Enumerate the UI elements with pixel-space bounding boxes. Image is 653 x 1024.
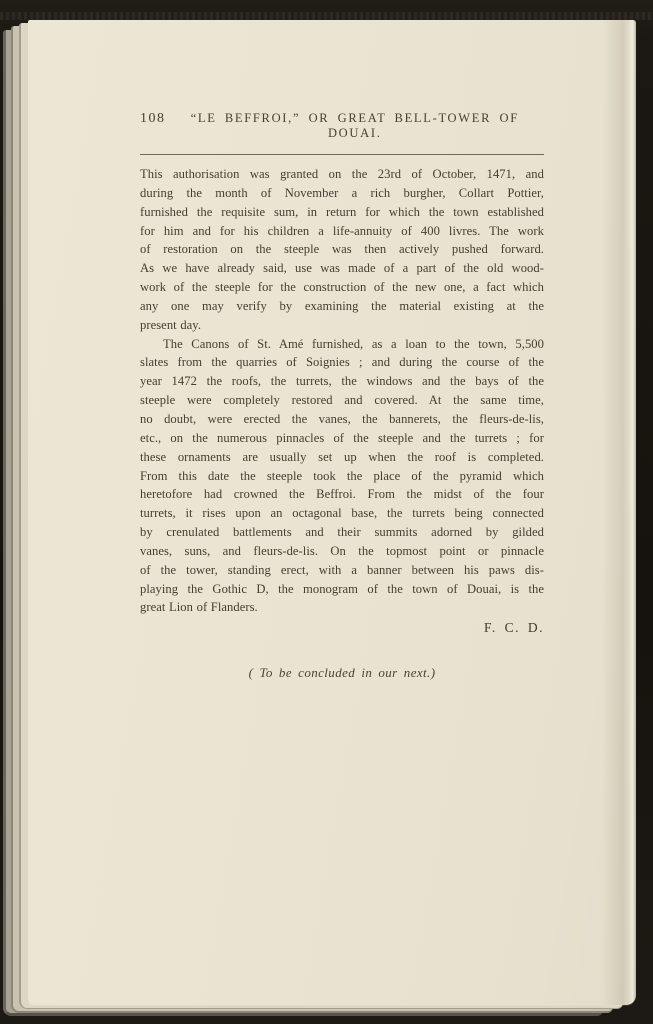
text-line: heretofore had crowned the Beffroi. From… [140, 485, 544, 504]
text-line: during the month of November a rich burg… [140, 184, 544, 203]
text-line: by crenulated battlements and their summ… [140, 523, 544, 542]
page-curve-shadow [602, 20, 636, 1005]
text-line: etc., on the numerous pinnacles of the s… [140, 429, 544, 448]
header-rule [140, 154, 544, 155]
text-line: work of the steeple for the construction… [140, 278, 544, 297]
text-line: steeple were completely restored and cov… [140, 391, 544, 410]
text-line: vanes, suns, and fleurs-de-lis. On the t… [140, 542, 544, 561]
running-header: 108 “LE BEFFROI,” OR GREAT BELL-TOWER OF… [140, 111, 544, 141]
page-body: This authorisation was granted on the 23… [140, 165, 544, 617]
text-line: any one may verify by examining the mate… [140, 297, 544, 316]
text-line: present day. [140, 316, 544, 335]
text-line: great Lion of Flanders. [140, 598, 544, 617]
book-cover-texture [0, 12, 653, 20]
text-line: This authorisation was granted on the 23… [140, 165, 544, 184]
author-initials: F. C. D. [140, 618, 544, 637]
text-line: slates from the quarries of Soignies ; a… [140, 353, 544, 372]
continuation-note: ( To be concluded in our next.) [140, 663, 544, 682]
page-number: 108 [140, 111, 166, 127]
text-line: turrets, it rises upon an octagonal base… [140, 504, 544, 523]
text-line: these ornaments are usually set up when … [140, 448, 544, 467]
text-line: playing the Gothic D, the monogram of th… [140, 580, 544, 599]
text-line: From this date the steeple took the plac… [140, 467, 544, 486]
text-line: furnished the requisite sum, in return f… [140, 203, 544, 222]
book-photo: { "page": { "number": "108", "header_tit… [0, 0, 653, 1024]
book-page: 108 “LE BEFFROI,” OR GREAT BELL-TOWER OF… [28, 20, 636, 1005]
text-line: of restoration on the steeple was then a… [140, 240, 544, 259]
text-line: for him and for his children a life-annu… [140, 222, 544, 241]
text-line: of the tower, standing erect, with a ban… [140, 561, 544, 580]
text-line: year 1472 the roofs, the turrets, the wi… [140, 372, 544, 391]
text-line: The Canons of St. Amé furnished, as a lo… [140, 335, 544, 354]
text-line: no doubt, were erected the vanes, the ba… [140, 410, 544, 429]
page-content: 108 “LE BEFFROI,” OR GREAT BELL-TOWER OF… [140, 20, 544, 682]
text-line: As we have already said, use was made of… [140, 259, 544, 278]
running-title: “LE BEFFROI,” OR GREAT BELL-TOWER OF DOU… [166, 111, 545, 141]
